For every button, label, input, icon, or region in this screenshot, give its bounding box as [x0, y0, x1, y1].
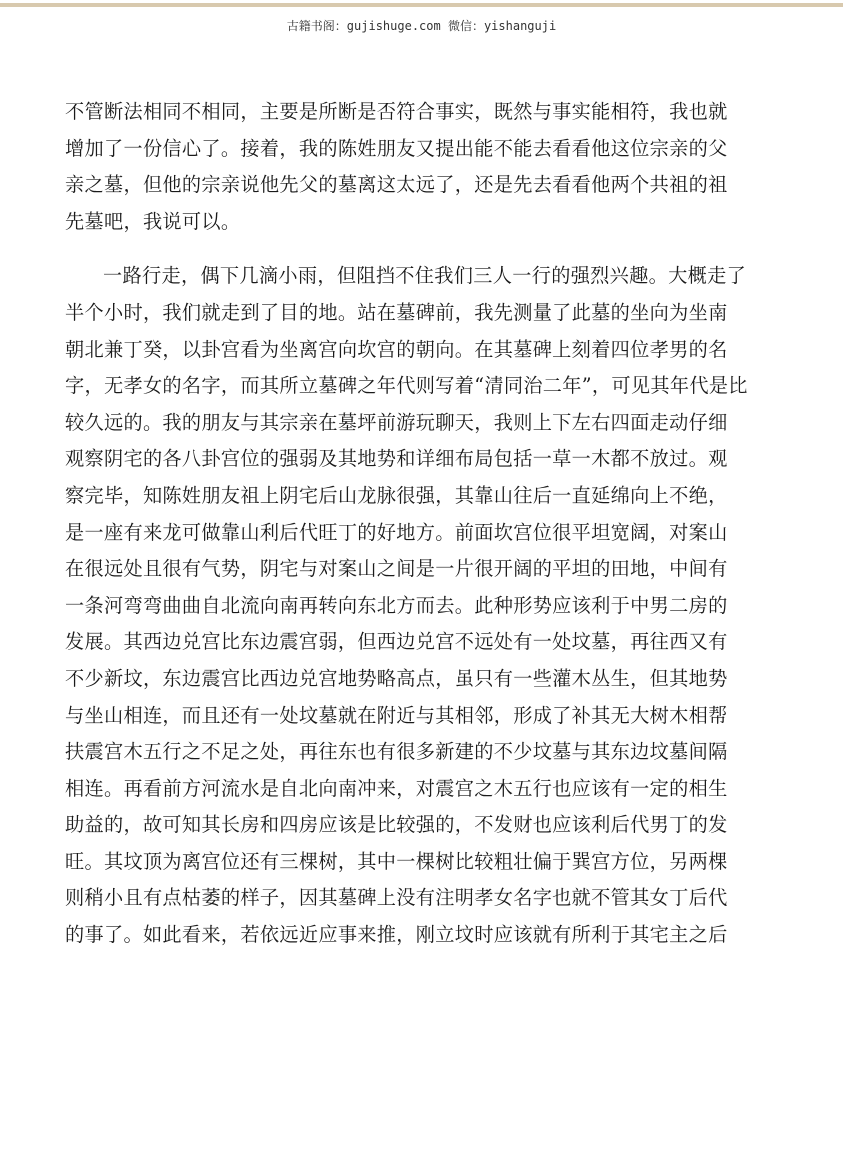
text-line: 一路行走，偶下几滴小雨，但阻挡不住我们三人一行的强烈兴趣。大概走了 [65, 258, 761, 295]
text-line: 察完毕，知陈姓朋友祖上阴宅后山龙脉很强，其靠山往后一直延绵向上不绝， [65, 478, 761, 515]
text-line: 不少新坟，东边震宫比西边兑宫地势略高点，虽只有一些灌木丛生，但其地势 [65, 661, 761, 698]
text-line: 先墓吧，我说可以。 [65, 204, 761, 241]
header-watermark: 古籍书阁：gujishuge.com 微信：yishanguji [0, 17, 843, 34]
text-line: 观察阴宅的各八卦宫位的强弱及其地势和详细布局包括一草一木都不放过。观 [65, 441, 761, 478]
text-line: 一条河弯弯曲曲自北流向南再转向东北方而去。此种形势应该利于中男二房的 [65, 588, 761, 625]
text-line: 扶震宫木五行之不足之处，再往东也有很多新建的不少坟墓与其东边坟墓间隔 [65, 734, 761, 771]
paragraph-2: 一路行走，偶下几滴小雨，但阻挡不住我们三人一行的强烈兴趣。大概走了 半个小时，我… [65, 258, 761, 953]
text-line: 相连。再看前方河流水是自北向南冲来，对震宫之木五行也应该有一定的相生 [65, 771, 761, 808]
paragraph-1: 不管断法相同不相同，主要是所断是否符合事实，既然与事实能相符，我也就 增加了一份… [65, 94, 761, 240]
text-line: 助益的，故可知其长房和四房应该是比较强的，不发财也应该利后代男丁的发 [65, 807, 761, 844]
text-line: 则稍小且有点枯萎的样子，因其墓碑上没有注明孝女名字也就不管其女丁后代 [65, 880, 761, 917]
text-line: 在很远处且很有气势，阴宅与对案山之间是一片很开阔的平坦的田地，中间有 [65, 551, 761, 588]
text-line: 朝北兼丁癸，以卦宫看为坐离宫向坎宫的朝向。在其墓碑上刻着四位孝男的名 [65, 332, 761, 369]
text-line: 字，无孝女的名字，而其所立墓碑之年代则写着“清同治二年”，可见其年代是比 [65, 368, 761, 405]
top-border-band [0, 3, 843, 7]
text-line: 较久远的。我的朋友与其宗亲在墓坪前游玩聊天，我则上下左右四面走动仔细 [65, 405, 761, 442]
text-line: 增加了一份信心了。接着，我的陈姓朋友又提出能不能去看看他这位宗亲的父 [65, 131, 761, 168]
text-line: 半个小时，我们就走到了目的地。站在墓碑前，我先测量了此墓的坐向为坐南 [65, 295, 761, 332]
text-line: 旺。其坟顶为离宫位还有三棵树，其中一棵树比较粗壮偏于巽宫方位，另两棵 [65, 844, 761, 881]
text-line: 是一座有来龙可做靠山利后代旺丁的好地方。前面坎宫位很平坦宽阔，对案山 [65, 515, 761, 552]
text-line: 亲之墓，但他的宗亲说他先父的墓离这太远了，还是先去看看他两个共祖的祖 [65, 167, 761, 204]
document-body: 不管断法相同不相同，主要是所断是否符合事实，既然与事实能相符，我也就 增加了一份… [65, 94, 761, 954]
text-line: 的事了。如此看来，若依远近应事来推，刚立坟时应该就有所利于其宅主之后 [65, 917, 761, 954]
text-line: 与坐山相连，而且还有一处坟墓就在附近与其相邻，形成了补其无大树木相帮 [65, 698, 761, 735]
text-line: 不管断法相同不相同，主要是所断是否符合事实，既然与事实能相符，我也就 [65, 94, 761, 131]
text-line: 发展。其西边兑宫比东边震宫弱，但西边兑宫不远处有一处坟墓，再往西又有 [65, 624, 761, 661]
